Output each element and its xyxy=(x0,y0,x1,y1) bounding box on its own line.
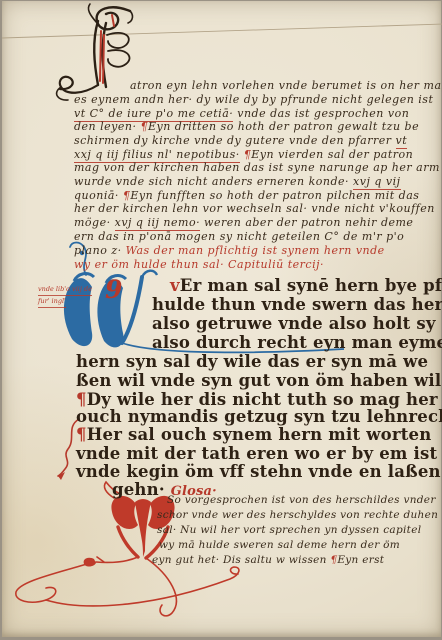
text-line: hulde thun vnde swern das her öm xyxy=(152,296,442,314)
initial-p-cadel-icon xyxy=(57,4,133,100)
text-line: vnde mit der tath eren wo er by em ist xyxy=(76,445,437,463)
text-segment: quoniā· xyxy=(74,189,123,202)
paragraph-mark: ¶ xyxy=(240,148,252,161)
text-segment: schirmen dy kirche vnde dy gutere vnde d… xyxy=(74,134,396,147)
text-line: mag von der kirchen haben das ist syne n… xyxy=(74,162,440,174)
margin-note-line: fur' ingl' xyxy=(38,296,66,308)
text-segment: gehn· xyxy=(112,480,171,499)
text-line: also getruwe vnde also holt sy xyxy=(152,315,436,333)
paragraph-mark: ¶ xyxy=(76,425,87,444)
text-line: also durch recht eyn man eyme xyxy=(152,334,442,352)
text-line: plano z· Was der man pflichtig ist synem… xyxy=(74,245,385,257)
text-line: hern syn sal dy wile das er syn mā we xyxy=(76,353,428,371)
text-line: ouch nymandis getzug syn tzu lehnrechte xyxy=(76,408,442,426)
text-segment: Er man sal synē hern bye pflicht xyxy=(180,276,442,295)
text-segment: weren aber der patron nehir deme xyxy=(200,216,413,229)
text-line: xxj q iij filius nl' nepotibus· ¶Eyn vie… xyxy=(74,149,413,161)
text-segment: den leyen· xyxy=(74,120,140,133)
text-segment: plano z· xyxy=(74,244,126,257)
text-line: schirmen dy kirche vnde dy gutere vnde d… xyxy=(74,135,407,147)
text-line: wy mā hulde sweren sal deme hern der öm xyxy=(159,540,400,552)
text-line: atron eyn lehn vorlehen vnde berumet is … xyxy=(130,80,442,92)
text-line: vEr man sal synē hern bye pflicht xyxy=(170,277,442,295)
text-line: ern das in p'onā mogen sy nicht geteilen… xyxy=(74,231,404,243)
text-segment: Eyn funfften so hoth der patron pilchen … xyxy=(130,189,419,202)
parchment-page: vnde lib'o viij de fur' ingl' atron eyn … xyxy=(2,1,441,637)
text-line: es eynem andn her· dy wile dy by pfrunde… xyxy=(74,94,433,106)
text-segment: Eyn erst xyxy=(337,554,384,566)
text-line: schor vnde wer des herschyldes von recht… xyxy=(157,510,438,522)
text-line: möge· xvj q iij nemo· weren aber der pat… xyxy=(74,217,413,229)
text-line: den leyen· ¶Eyn dritten so hoth der patr… xyxy=(74,121,419,133)
w-abbreviation-9: 9 xyxy=(105,277,122,302)
text-line: sal· Nu wil her vort sprechen yn dyssen … xyxy=(157,525,421,537)
ruling-line xyxy=(2,24,442,38)
text-line: ¶Her sal ouch synem hern mit worten xyxy=(76,426,431,444)
margin-note: vnde lib'o viij de fur' ingl' xyxy=(38,284,84,308)
margin-note-line: vnde lib'o viij de xyxy=(38,284,92,296)
text-line: her der kirchen lehn vor wechseln sal· v… xyxy=(74,203,435,215)
manuscript-scan: vnde lib'o viij de fur' ingl' atron eyn … xyxy=(0,0,442,640)
text-segment: eyn gut het· Dis saltu w wissen xyxy=(152,554,330,566)
text-line: ßen wil vnde syn gut von öm haben wil xyxy=(76,372,441,390)
text-segment: wurde vnde sich nicht anders erneren kon… xyxy=(74,175,353,188)
text-segment: Eyn dritten so hoth der patron gewalt tz… xyxy=(148,120,419,133)
paragraph-mark: ¶ xyxy=(140,120,148,133)
text-segment: Her sal ouch synem hern mit worten xyxy=(87,425,432,444)
text-line: eyn gut het· Dis saltu w wissen ¶Eyn ers… xyxy=(152,555,384,567)
text-line: vnde kegin öm vff stehn vnde en laßen v' xyxy=(76,463,442,481)
text-segment: vnde das ist gesprochen von xyxy=(233,107,409,120)
latin-citation: xvj q vij xyxy=(353,175,401,190)
text-line: So vorgesprochen ist von des herschildes… xyxy=(167,495,436,507)
initial-touch-mark: v xyxy=(170,276,180,295)
rubric-text: Was der man pflichtig ist synem hern vnd… xyxy=(126,244,385,257)
text-line: quoniā· ¶Eyn funfften so hoth der patron… xyxy=(74,190,419,202)
rubric-line: wy er öm hulde thun sal· Capituliū terci… xyxy=(74,259,324,271)
latin-citation: xvj q iij nemo· xyxy=(115,216,200,231)
latin-citation: vt xyxy=(396,134,408,149)
text-segment: Eyn vierden sal der patron xyxy=(251,148,413,161)
text-line: wurde vnde sich nicht anders erneren kon… xyxy=(74,176,401,188)
text-line: vt C° de iure p'o me cetiā· vnde das ist… xyxy=(74,108,409,120)
text-segment: möge· xyxy=(74,216,115,229)
